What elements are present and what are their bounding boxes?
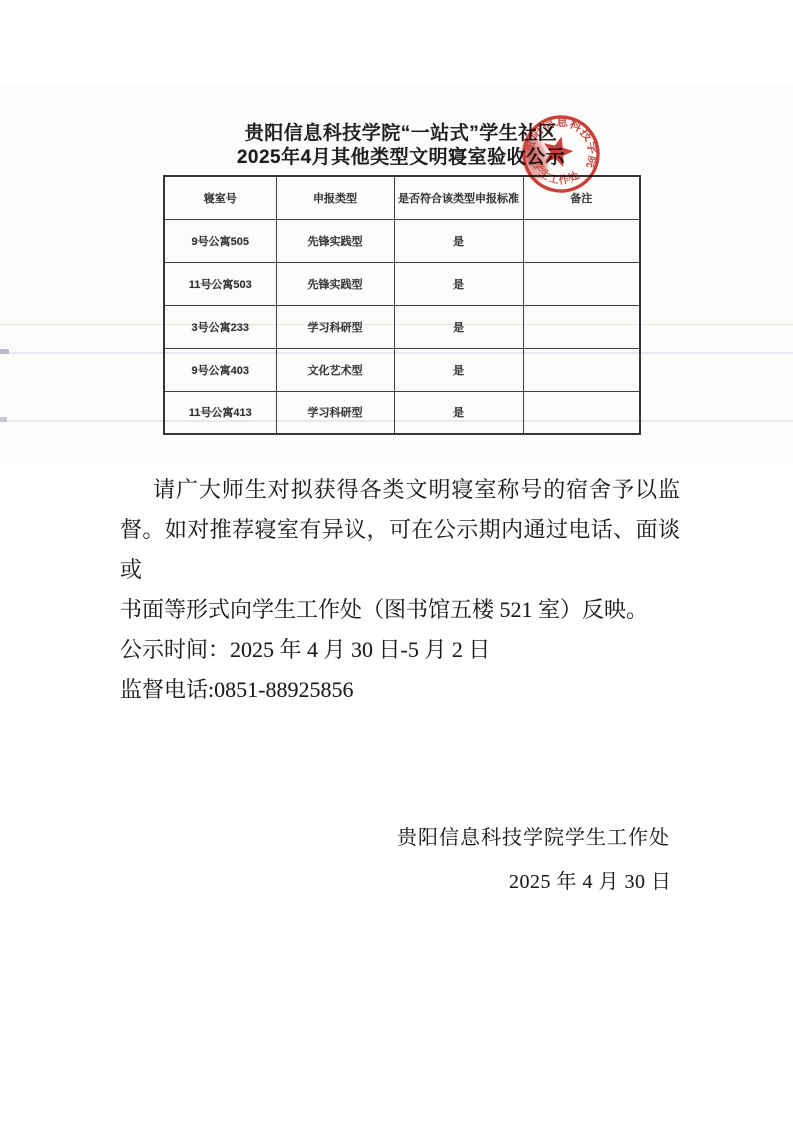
- cell-room: 3号公寓233: [164, 305, 276, 348]
- signature-date: 2025 年 4 月 30 日: [509, 865, 672, 894]
- cell-room: 9号公寓505: [164, 219, 276, 262]
- cell-room: 9号公寓403: [164, 348, 276, 391]
- publicity-period: 公示时间：2025 年 4 月 30 日-5 月 2 日: [120, 630, 680, 670]
- table-row: 11号公寓413 学习科研型 是: [164, 391, 640, 434]
- table-row: 3号公寓233 学习科研型 是: [164, 305, 640, 348]
- col-header-qualified: 是否符合该类型申报标准: [394, 176, 523, 219]
- cell-remark: [523, 391, 640, 434]
- cell-type: 先锋实践型: [276, 219, 394, 262]
- cell-remark: [523, 305, 640, 348]
- cell-qualified: 是: [394, 348, 523, 391]
- body-paragraph-line: 请广大师生对拟获得各类文明寝室称号的宿舍予以监: [120, 470, 680, 510]
- cell-qualified: 是: [394, 262, 523, 305]
- col-header-type: 申报类型: [276, 176, 394, 219]
- official-seal-stamp: 贵阳信息科技学院 学生工作处: [515, 108, 607, 200]
- body-paragraph-line: 督。如对推荐寝室有异议，可在公示期内通过电话、面谈或: [120, 510, 680, 590]
- cell-type: 学习科研型: [276, 391, 394, 434]
- signature-department: 贵阳信息科技学院学生工作处: [397, 821, 670, 850]
- table-row: 9号公寓505 先锋实践型 是: [164, 219, 640, 262]
- cell-remark: [523, 262, 640, 305]
- cell-type: 文化艺术型: [276, 348, 394, 391]
- document-page: 贵阳信息科技学院“一站式”学生社区 2025年4月其他类型文明寝室验收公示 寝室…: [0, 0, 793, 1122]
- acceptance-table: 寝室号 申报类型 是否符合该类型申报标准 备注 9号公寓505 先锋实践型 是 …: [163, 175, 641, 435]
- notice-body: 请广大师生对拟获得各类文明寝室称号的宿舍予以监 督。如对推荐寝室有异议，可在公示…: [120, 470, 680, 710]
- cell-type: 先锋实践型: [276, 262, 394, 305]
- cell-room: 11号公寓413: [164, 391, 276, 434]
- supervision-phone: 监督电话:0851-88925856: [120, 670, 680, 710]
- cell-qualified: 是: [394, 391, 523, 434]
- table-row: 11号公寓503 先锋实践型 是: [164, 262, 640, 305]
- cell-room: 11号公寓503: [164, 262, 276, 305]
- table-row: 9号公寓403 文化艺术型 是: [164, 348, 640, 391]
- body-paragraph-line: 书面等形式向学生工作处（图书馆五楼 521 室）反映。: [120, 590, 680, 630]
- cell-qualified: 是: [394, 305, 523, 348]
- col-header-room: 寝室号: [164, 176, 276, 219]
- cell-remark: [523, 219, 640, 262]
- cell-remark: [523, 348, 640, 391]
- cell-type: 学习科研型: [276, 305, 394, 348]
- cell-qualified: 是: [394, 219, 523, 262]
